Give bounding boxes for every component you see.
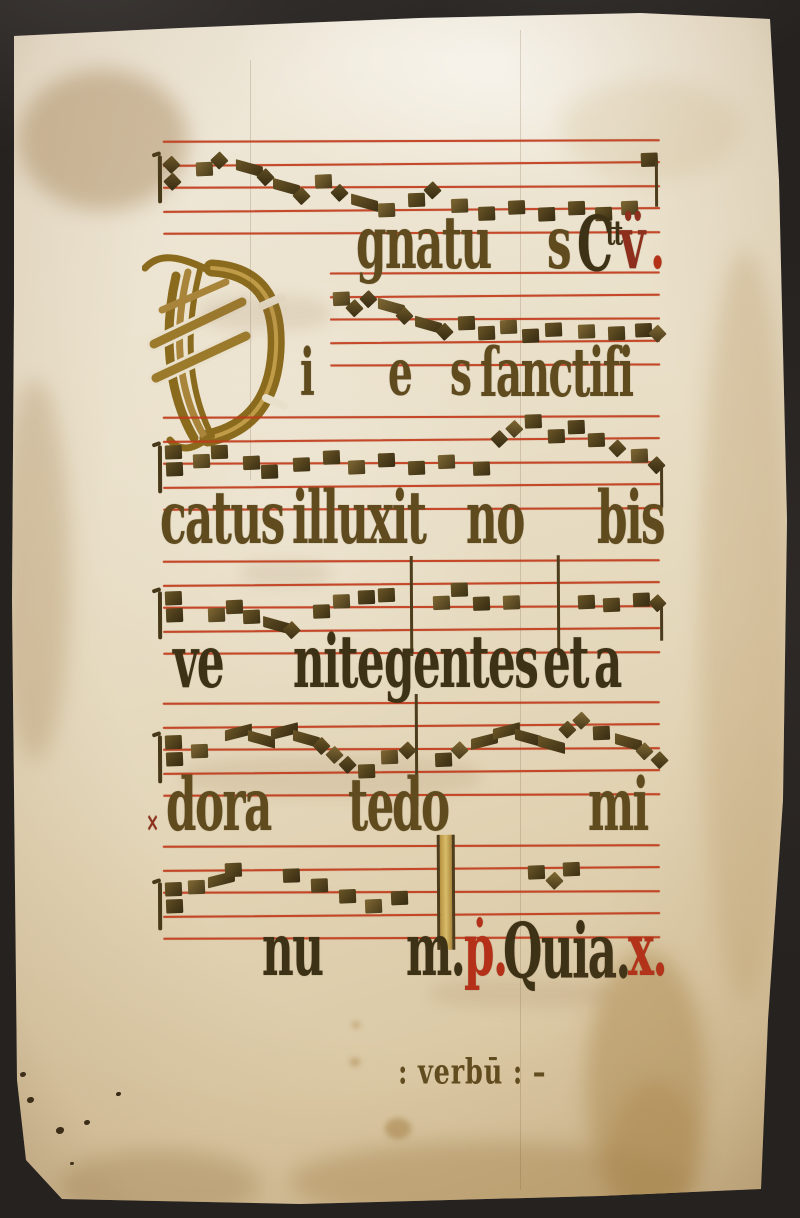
ink-spot	[84, 1120, 90, 1125]
neume-punctum	[358, 764, 376, 779]
neume-punctum	[196, 161, 214, 176]
chant-word: i	[300, 340, 313, 405]
neume-punctum	[458, 315, 476, 330]
staff-line	[163, 437, 660, 443]
staff-line	[163, 507, 660, 511]
neume-punctum	[438, 454, 456, 469]
neume-punctum	[283, 868, 301, 883]
neume-punctum	[358, 590, 376, 605]
neume-punctum	[166, 752, 184, 767]
staff-line	[163, 793, 660, 797]
neume-punctum	[391, 891, 409, 906]
staff-start-hook	[158, 735, 162, 783]
neume-oblique	[538, 736, 565, 755]
neume-stem	[655, 161, 658, 207]
neume-punctum	[621, 201, 639, 216]
brown-stain-spot	[352, 1022, 360, 1028]
neume-punctum	[568, 419, 586, 434]
neume-rhombus	[359, 290, 377, 308]
neume-punctum	[293, 458, 311, 473]
staff-start-hook	[158, 882, 162, 930]
neume-punctum	[243, 610, 261, 625]
neume-punctum	[193, 453, 211, 468]
neume-punctum	[165, 591, 183, 606]
neume-punctum	[548, 429, 566, 444]
music-staff-4	[163, 559, 660, 654]
neume-punctum	[525, 414, 543, 429]
neume-punctum	[165, 444, 183, 459]
brown-stain-spot	[385, 1118, 411, 1139]
staff-line	[163, 207, 660, 213]
stain	[0, 380, 70, 760]
staff-line	[163, 936, 660, 940]
staff-line	[163, 483, 660, 489]
neume-punctum	[188, 880, 206, 895]
neume-rhombus	[490, 429, 508, 447]
division-bar	[410, 556, 414, 656]
neume-punctum	[603, 598, 621, 613]
neume-punctum	[608, 326, 626, 341]
parchment-leaf: D gnatusCttv̈.iesſanctificatusilluxitnob…	[0, 0, 800, 1218]
neume-rhombus	[505, 420, 523, 438]
staff-line	[163, 139, 660, 143]
neume-punctum	[451, 582, 469, 597]
neume-punctum	[522, 329, 540, 344]
neume-punctum	[211, 444, 229, 459]
ink-spot	[116, 1092, 121, 1096]
staff-line	[330, 271, 660, 274]
neume-rhombus	[162, 155, 180, 173]
division-bar	[415, 694, 419, 806]
staff-line	[163, 231, 660, 235]
music-staff-6	[163, 844, 660, 939]
verso-show-through	[200, 296, 330, 330]
neume-punctum	[435, 752, 453, 767]
neume-punctum	[633, 593, 651, 608]
neume-rhombus	[398, 741, 416, 759]
neume-punctum	[333, 594, 351, 609]
neume-rhombus	[423, 181, 441, 199]
neume-stem	[660, 605, 663, 641]
brown-stain-spot	[350, 1058, 360, 1066]
trimmed-staff-line	[300, 10, 652, 12]
neume-punctum	[593, 726, 611, 741]
neume-punctum	[348, 460, 366, 475]
neume-punctum	[365, 899, 383, 914]
neume-punctum	[378, 452, 396, 467]
neume-punctum	[243, 456, 261, 471]
neume-punctum	[191, 744, 209, 759]
neume-punctum	[323, 450, 341, 465]
neume-punctum	[578, 324, 596, 339]
neume-punctum	[478, 206, 496, 221]
neume-punctum	[408, 460, 426, 475]
neume-punctum	[378, 203, 396, 218]
staff-line	[330, 363, 660, 366]
division-bar	[437, 835, 441, 950]
music-staff-1	[163, 139, 660, 234]
neume-punctum	[165, 881, 183, 896]
neume-stem	[660, 468, 663, 508]
neume-punctum	[528, 865, 546, 880]
neume-rhombus	[545, 872, 563, 890]
neume-punctum	[226, 600, 244, 615]
staff-line	[163, 912, 660, 918]
neume-rhombus	[608, 439, 626, 457]
staff-line	[163, 415, 660, 419]
neume-rhombus	[210, 151, 228, 169]
staff-line	[163, 185, 660, 189]
staff-line	[163, 769, 660, 775]
staff-line	[163, 701, 660, 705]
stain	[60, 1150, 260, 1218]
neume-rhombus	[650, 751, 668, 769]
neume-rhombus	[647, 456, 665, 474]
neume-rhombus	[572, 711, 590, 729]
neume-punctum	[381, 750, 399, 765]
ink-spot	[70, 1162, 74, 1165]
neume-punctum	[165, 735, 183, 750]
neume-rhombus	[450, 741, 468, 759]
stain	[610, 1080, 700, 1218]
staff-line	[163, 890, 660, 894]
music-staff-5	[163, 701, 660, 796]
neume-punctum	[261, 465, 279, 480]
staff-line	[330, 317, 660, 320]
staff-start-hook	[158, 591, 162, 639]
neume-punctum	[313, 604, 331, 619]
neume-punctum	[339, 889, 357, 904]
neume-punctum	[315, 175, 333, 190]
neume-punctum	[166, 462, 184, 477]
photo-of-manuscript-leaf: { "scene": { "description": "Medieval Gr…	[0, 0, 800, 1218]
neume-punctum	[503, 595, 521, 610]
division-bar-gold-fill	[440, 835, 453, 950]
ink-spot	[20, 1072, 26, 1077]
stain	[290, 1142, 690, 1218]
catchword: : verbū : –	[398, 1056, 546, 1091]
ink-spot	[56, 1127, 64, 1134]
staff-line	[163, 844, 660, 848]
neume-punctum	[545, 322, 563, 337]
division-bar	[557, 555, 561, 655]
staff-start-hook	[158, 155, 162, 203]
music-staff-2	[330, 271, 660, 365]
neume-punctum	[595, 206, 613, 221]
ink-spot	[27, 1097, 34, 1103]
neume-punctum	[433, 595, 451, 610]
division-bar	[452, 835, 456, 950]
neume-punctum	[378, 587, 396, 602]
neume-punctum	[408, 192, 426, 207]
neume-punctum	[508, 200, 526, 215]
neume-punctum	[568, 201, 586, 216]
neume-punctum	[166, 608, 184, 623]
neume-punctum	[208, 608, 226, 623]
neume-punctum	[473, 596, 491, 611]
staff-start-hook	[158, 445, 162, 493]
neume-punctum	[166, 899, 184, 914]
neume-punctum	[478, 326, 496, 341]
neume-punctum	[578, 594, 596, 609]
neume-punctum	[588, 433, 606, 448]
music-staff-3	[163, 415, 660, 510]
red-mark: ×	[146, 809, 158, 835]
stain	[700, 250, 790, 1000]
neume-rhombus	[648, 594, 666, 612]
neume-punctum	[500, 320, 518, 335]
neume-punctum	[225, 863, 243, 878]
neume-punctum	[451, 198, 469, 213]
neume-punctum	[473, 461, 491, 476]
neume-punctum	[538, 207, 556, 222]
neume-punctum	[311, 878, 329, 893]
neume-punctum	[563, 862, 581, 877]
neume-punctum	[631, 449, 649, 464]
